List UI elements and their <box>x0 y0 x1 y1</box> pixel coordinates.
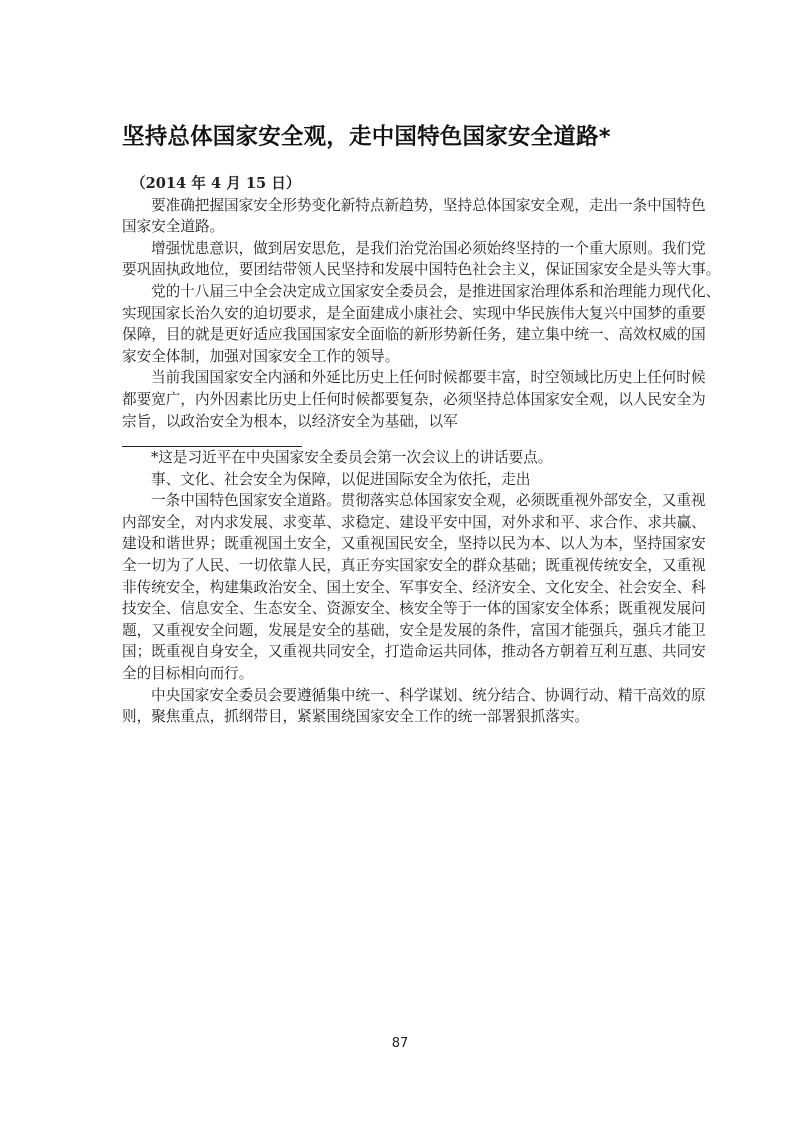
paragraph-line: 技安全、信息安全、生态安全、资源安全、核安全等于一体的国家安全体系；既重视发展问 <box>122 598 680 620</box>
paragraph-line: 全一切为了人民、一切依靠人民，真正夯实国家安全的群众基础；既重视传统安全，又重视 <box>122 555 680 577</box>
paragraph-line: 都要宽广，内外因素比历史上任何时候都要复杂，必须坚持总体国家安全观，以人民安全为 <box>122 389 680 411</box>
paragraph-line: 当前我国国家安全内涵和外延比历史上任何时候都要丰富，时空领域比历史上任何时候 <box>122 367 680 389</box>
article-body-top: （2014 年 4 月 15 日） 要准确把握国家安全形势变化新特点新趋势，坚持… <box>122 173 680 432</box>
article-title: 坚持总体国家安全观，走中国特色国家安全道路* <box>122 122 722 152</box>
paragraph-line: 国；既重视自身安全，又重视共同安全，打造命运共同体，推动各方朝着互利互惠、共同安 <box>122 641 680 663</box>
paragraph-line: 实现国家长治久安的迫切要求，是全面建成小康社会、实现中华民族伟大复兴中国梦的重要 <box>122 303 680 325</box>
paragraph-line: 中央国家安全委员会要遵循集中统一、科学谋划、统分结合、协调行动、精干高效的原 <box>122 685 680 707</box>
document-page: 坚持总体国家安全观，走中国特色国家安全道路* （2014 年 4 月 15 日）… <box>0 0 800 1131</box>
paragraph-line: 建设和谐世界；既重视国土安全，又重视国民安全，坚持以民为本、以人为本，坚持国家安 <box>122 533 680 555</box>
paragraph-line: 要准确把握国家安全形势变化新特点新趋势，坚持总体国家安全观，走出一条中国特色 <box>122 195 680 217</box>
footnote: *这是习近平在中央国家安全委员会第一次会议上的讲话要点。 <box>122 447 680 469</box>
paragraph-line: 全的目标相向而行。 <box>122 663 680 685</box>
article-date: （2014 年 4 月 15 日） <box>122 173 680 195</box>
paragraph-line: 题，又重视安全问题，发展是安全的基础，安全是发展的条件，富国才能强兵，强兵才能卫 <box>122 620 680 642</box>
paragraph-line: 党的十八届三中全会决定成立国家安全委员会，是推进国家治理体系和治理能力现代化、 <box>122 281 680 303</box>
paragraph-line: 保障，目的就是更好适应我国国家安全面临的新形势新任务，建立集中统一、高效权威的国 <box>122 324 680 346</box>
paragraph-line: 要巩固执政地位，要团结带领人民坚持和发展中国特色社会主义，保证国家安全是头等大事… <box>122 259 680 281</box>
paragraph-line: 国家安全道路。 <box>122 216 680 238</box>
paragraph-line: 内部安全，对内求发展、求变革、求稳定、建设平安中国，对外求和平、求合作、求共赢、 <box>122 512 680 534</box>
paragraph-line: 家安全体制，加强对国家安全工作的领导。 <box>122 346 680 368</box>
paragraph-line: 非传统安全，构建集政治安全、国土安全、军事安全、经济安全、文化安全、社会安全、科 <box>122 577 680 599</box>
paragraph-line: 事、文化、社会安全为保障，以促进国际安全为依托，走出 <box>122 469 680 491</box>
paragraph-line: 宗旨，以政治安全为根本，以经济安全为基础，以军 <box>122 411 680 433</box>
page-number: 87 <box>0 1036 800 1051</box>
paragraph-line: 则，聚焦重点，抓纲带目，紧紧围绕国家安全工作的统一部署狠抓落实。 <box>122 706 680 728</box>
article-body-bottom: *这是习近平在中央国家安全委员会第一次会议上的讲话要点。 事、文化、社会安全为保… <box>122 447 680 728</box>
paragraph-line: 增强忧患意识，做到居安思危，是我们治党治国必须始终坚持的一个重大原则。我们党 <box>122 238 680 260</box>
paragraph-line: 一条中国特色国家安全道路。贯彻落实总体国家安全观，必须既重视外部安全，又重视 <box>122 490 680 512</box>
